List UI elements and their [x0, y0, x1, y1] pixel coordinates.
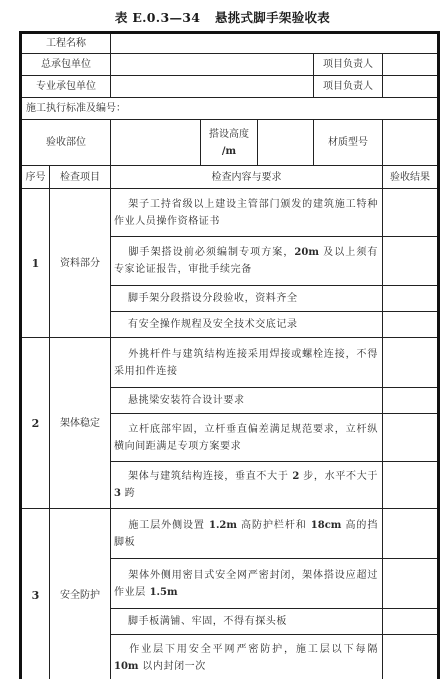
group-seq: 2	[21, 338, 50, 509]
erection-height-text: 搭设高度	[204, 126, 254, 143]
standard-row: 施工执行标准及编号：	[21, 98, 439, 120]
specialty-pm-label: 项目负责人	[314, 76, 383, 98]
check-content: 有安全操作规程及安全技术交底记录	[111, 312, 383, 338]
general-contractor-field[interactable]	[111, 54, 314, 76]
check-content: 悬挑梁安装符合设计要求	[111, 388, 383, 414]
col-item-header: 检查项目	[50, 166, 111, 189]
general-contractor-row: 总承包单位 项目负责人	[21, 54, 439, 76]
general-pm-label: 项目负责人	[314, 54, 383, 76]
result-cell[interactable]	[383, 286, 439, 312]
check-content: 脚手板满铺、牢固，不得有探头板	[111, 609, 383, 635]
check-content: 脚手架分段搭设分段验收，资料齐全	[111, 286, 383, 312]
result-cell[interactable]	[383, 462, 439, 509]
material-field[interactable]	[383, 120, 439, 166]
result-cell[interactable]	[383, 388, 439, 414]
col-content-header: 检查内容与要求	[111, 166, 383, 189]
check-content: 架体与建筑结构连接，垂直不大于 2 步，水平不大于 3 跨	[111, 462, 383, 509]
check-content: 外挑杆件与建筑结构连接采用焊接或螺栓连接，不得采用扣件连接	[111, 338, 383, 388]
general-pm-field[interactable]	[383, 54, 439, 76]
result-cell[interactable]	[383, 609, 439, 635]
result-cell[interactable]	[383, 189, 439, 237]
check-content: 作业层下用安全平网严密防护，施工层以下每隔 10m 以内封闭一次	[111, 635, 383, 679]
result-cell[interactable]	[383, 635, 439, 679]
table-row: 1 资料部分 架子工持省级以上建设主管部门颁发的建筑施工特种作业人员操作资格证书	[21, 189, 439, 237]
group-seq: 3	[21, 509, 50, 679]
group-item: 安全防护	[50, 509, 111, 679]
column-header-row: 序号 检查项目 检查内容与要求 验收结果	[21, 166, 439, 189]
result-cell[interactable]	[383, 312, 439, 338]
general-contractor-label: 总承包单位	[21, 54, 111, 76]
acceptance-info-row: 验收部位 搭设高度 /m 材质型号	[21, 120, 439, 166]
acceptance-location-field[interactable]	[111, 120, 201, 166]
col-result-header: 验收结果	[383, 166, 439, 189]
check-content: 施工层外侧设置 1.2m 高防护栏杆和 18cm 高的挡脚板	[111, 509, 383, 559]
check-content: 脚手架搭设前必须编制专项方案，20m 及以上须有专家论证报告，审批手续完备	[111, 237, 383, 286]
result-cell[interactable]	[383, 559, 439, 609]
group-seq: 1	[21, 189, 50, 338]
standard-label[interactable]: 施工执行标准及编号：	[21, 98, 439, 120]
table-code: 表 E.0.3—34	[115, 10, 200, 25]
material-label: 材质型号	[314, 120, 383, 166]
specialty-contractor-label: 专业承包单位	[21, 76, 111, 98]
erection-height-unit: /m	[204, 143, 254, 160]
scaffold-acceptance-table: 工程名称 总承包单位 项目负责人 专业承包单位 项目负责人 施工执行标准及编号：…	[19, 31, 440, 679]
erection-height-field[interactable]	[258, 120, 314, 166]
project-name-row: 工程名称	[21, 33, 439, 54]
erection-height-label: 搭设高度 /m	[201, 120, 258, 166]
table-row: 3 安全防护 施工层外侧设置 1.2m 高防护栏杆和 18cm 高的挡脚板	[21, 509, 439, 559]
group-item: 架体稳定	[50, 338, 111, 509]
check-content: 架子工持省级以上建设主管部门颁发的建筑施工特种作业人员操作资格证书	[111, 189, 383, 237]
check-content: 立杆底部牢固，立杆垂直偏差满足规范要求，立杆纵横向间距满足专项方案要求	[111, 414, 383, 462]
project-name-field[interactable]	[111, 33, 439, 54]
group-item: 资料部分	[50, 189, 111, 338]
result-cell[interactable]	[383, 237, 439, 286]
check-content: 架体外侧用密目式安全网严密封闭，架体搭设应超过作业层 1.5m	[111, 559, 383, 609]
result-cell[interactable]	[383, 509, 439, 559]
result-cell[interactable]	[383, 414, 439, 462]
table-title: 表 E.0.3—34 悬挑式脚手架验收表	[0, 8, 445, 26]
specialty-pm-field[interactable]	[383, 76, 439, 98]
table-name: 悬挑式脚手架验收表	[215, 10, 330, 25]
col-seq-header: 序号	[21, 166, 50, 189]
specialty-contractor-row: 专业承包单位 项目负责人	[21, 76, 439, 98]
result-cell[interactable]	[383, 338, 439, 388]
project-name-label: 工程名称	[21, 33, 111, 54]
acceptance-location-label: 验收部位	[21, 120, 111, 166]
specialty-contractor-field[interactable]	[111, 76, 314, 98]
table-row: 2 架体稳定 外挑杆件与建筑结构连接采用焊接或螺栓连接，不得采用扣件连接	[21, 338, 439, 388]
